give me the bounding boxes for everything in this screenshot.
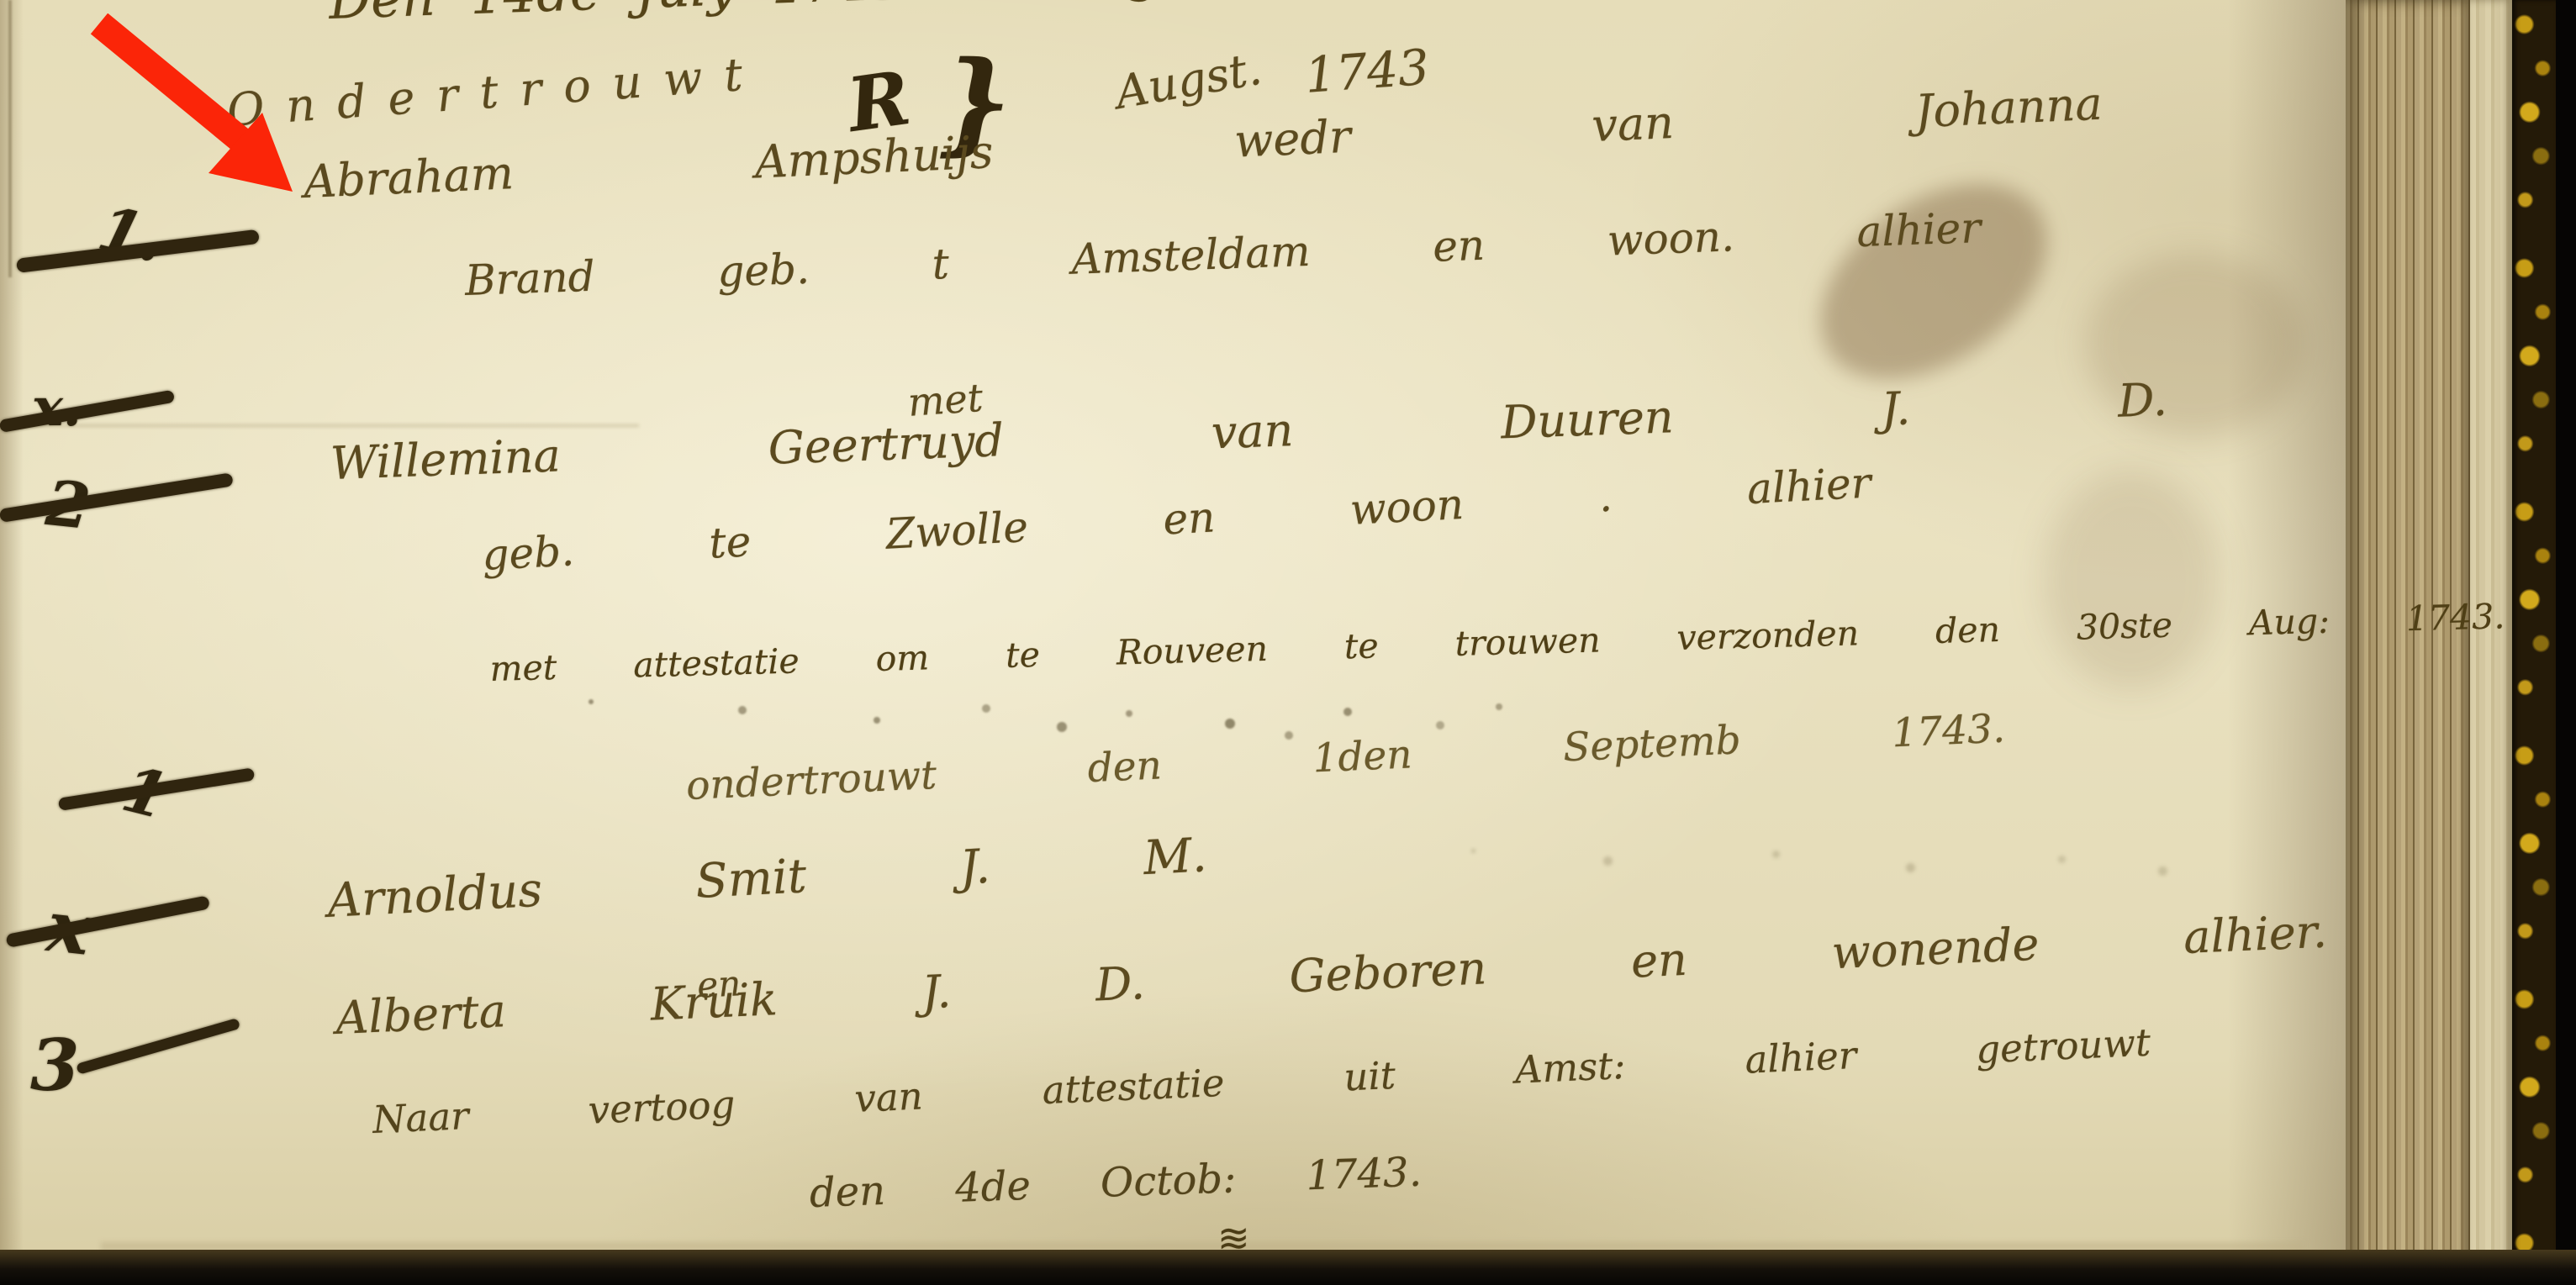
entry2-groom-line: Arnoldus Smit J. M. [326, 828, 1208, 929]
pen-flourish: ≋ [1217, 1215, 1250, 1261]
margin-number-3: 3 [30, 1024, 79, 1107]
ondertrouw-year: 1743 [1303, 39, 1431, 104]
marbled-cover-edge [2512, 0, 2556, 1285]
margin-dash-mark [76, 1018, 240, 1075]
strike-mark [5, 895, 210, 947]
entry2-marriage-date: den 4de Octob: 1743. [809, 1149, 1423, 1217]
page-left-crease [8, 0, 12, 277]
register-page-scan: Den 14de July 1743 alhier ge Ondertrouwt… [0, 0, 2576, 1285]
book-page-edges [2346, 0, 2470, 1285]
ondertrouw-date-line: ondertrouwt den 1den Septemb 1743. [685, 706, 2006, 809]
page-left-shadow [0, 0, 24, 1285]
ondertrouw-month: Augst. [1111, 42, 1265, 119]
paper-crease [0, 424, 639, 427]
header-date-line: Den 14de July 1743 alhier ge [328, 0, 1193, 31]
strike-mark [0, 472, 234, 523]
black-background-edge [2556, 0, 2576, 1285]
paper-stain [2043, 471, 2220, 689]
groom-origin-line: Brand geb. t Amsteldam en woon. alhier [464, 203, 1982, 305]
book-page-edges-light [2470, 0, 2512, 1285]
entry2-bride-line: Alberta Kruik J. D. Geboren en wonende a… [335, 905, 2328, 1045]
show-through-marks [1471, 849, 1475, 853]
red-annotation-arrow-icon [81, 13, 316, 207]
bride-name-line: Willemina Geertruyd van Duuren J. D. [330, 373, 2168, 490]
ink-specks [589, 699, 594, 704]
entry2-attestation-line: Naar vertoog van attestatie uit Amst: al… [372, 1020, 2151, 1142]
book-bottom-edge [0, 1250, 2576, 1285]
